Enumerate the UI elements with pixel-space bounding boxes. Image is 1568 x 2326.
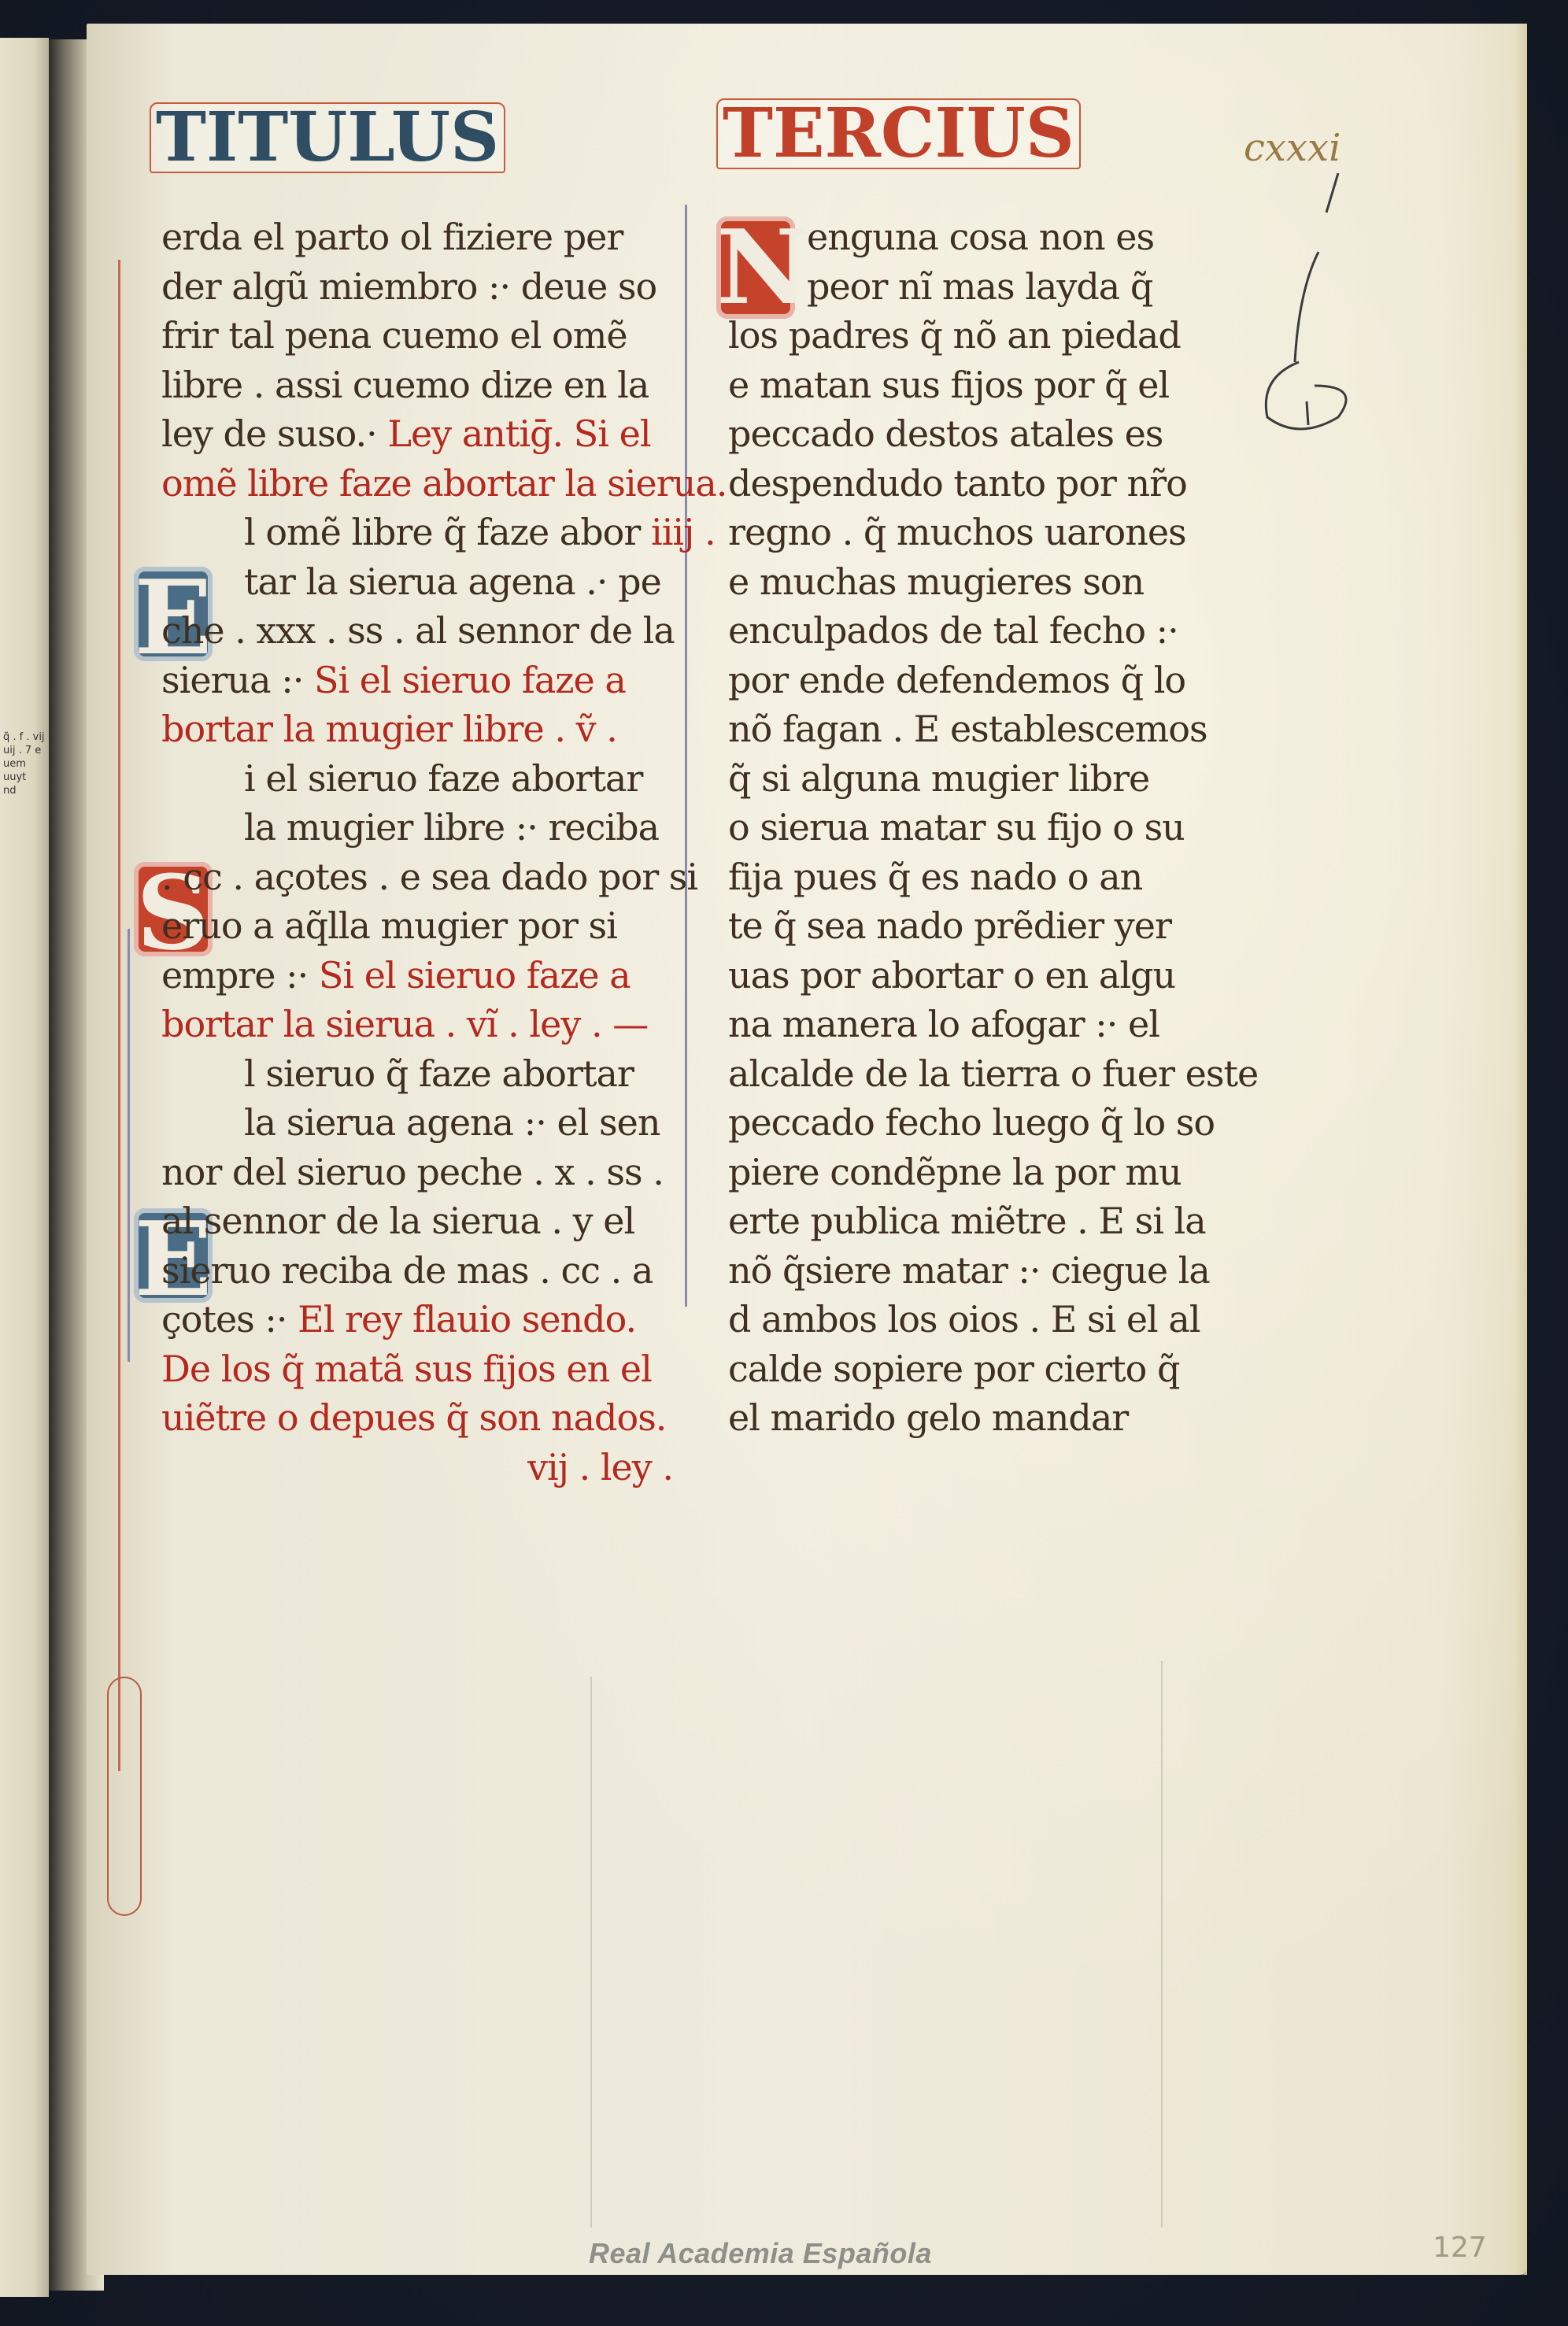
- text-line: çotes :· El rey flauio sendo.: [161, 1295, 697, 1344]
- text-line: peccado destos atales es: [728, 409, 1295, 459]
- page-edge: [1514, 24, 1527, 2275]
- text-line: alcalde de la tierra o fuer este: [728, 1049, 1295, 1099]
- text-line: al sennor de la sierua . y el: [161, 1196, 697, 1246]
- text-ink: l omẽ libre q̃ faze abor: [244, 511, 651, 553]
- text-line: sieruo reciba de mas . cc . a: [161, 1246, 697, 1296]
- text-line: i el sieruo faze abortar: [161, 754, 697, 804]
- text-line: la mugier libre :· reciba: [161, 803, 697, 852]
- rubric-left-text: TITULUS: [150, 102, 505, 173]
- text-ink: ley de suso.·: [161, 412, 387, 455]
- text-line: enguna cosa non es: [728, 213, 1295, 262]
- rubric-line: De los q̃ matã sus fijos en el: [161, 1344, 697, 1394]
- text-line: o sierua matar su fijo o su: [728, 803, 1295, 852]
- rubric-text: El rey flauio sendo.: [298, 1298, 636, 1341]
- left-column: erda el parto ol fiziere per der algũ mi…: [161, 213, 697, 1492]
- column-ruling: [1161, 1661, 1163, 2228]
- rubric-text: Ley antiḡ. Si el: [387, 412, 650, 455]
- text-line: uas por abortar o en algu: [728, 951, 1295, 1000]
- text-line: fija pues q̃ es nado o an: [728, 852, 1295, 902]
- margin-flourish: [118, 260, 120, 1771]
- text-line: d ambos los oios . E si el al: [728, 1295, 1295, 1344]
- rubric-text: iiij .: [651, 511, 716, 553]
- folio-number: 127: [1433, 2232, 1487, 2264]
- margin-note-line: uem uuyt: [3, 757, 49, 784]
- text-line: frir tal pena cuemo el omẽ: [161, 311, 697, 361]
- manuscript-page: TITULUS TERCIUS cxxxi E S E N erda el pa…: [87, 24, 1527, 2275]
- text-line: los padres q̃ nõ an piedad: [728, 311, 1295, 361]
- column-ruling: [590, 1677, 592, 2228]
- text-line: enculpados de tal fecho :·: [728, 606, 1295, 656]
- text-line: libre . assi cuemo dize en la: [161, 361, 697, 410]
- watermark: Real Academia Española: [589, 2237, 932, 2270]
- rubric-line: bortar la sierua . vĩ . ley . —: [161, 1000, 697, 1049]
- text-line: calde sopiere por cierto q̃: [728, 1344, 1295, 1394]
- text-line: nõ q̃siere matar :· ciegue la: [728, 1246, 1295, 1296]
- text-line: der algũ miembro :· deue so: [161, 262, 697, 312]
- margin-note-line: q̃ . f . vij: [3, 730, 49, 744]
- text-line: peccado fecho luego q̃ lo so: [728, 1098, 1295, 1148]
- rubric-line: uiẽtre o depues q̃ son nados.: [161, 1393, 697, 1443]
- text-line: regno . q̃ muchos uarones: [728, 508, 1295, 557]
- text-line: despendudo tanto por nr̃o: [728, 459, 1295, 508]
- text-line: nõ fagan . E establescemos: [728, 704, 1295, 754]
- text-ink: çotes :·: [161, 1298, 298, 1341]
- rubric-text: Si el sieruo faze a: [314, 659, 626, 701]
- right-column: enguna cosa non es peor nĩ mas layda q̃ …: [728, 213, 1295, 1443]
- text-line: eruo a aq̃lla mugier por si: [161, 901, 697, 951]
- margin-note-line: nd: [3, 784, 49, 797]
- facing-page-margin-note: q̃ . f . vij uij . 7 e uem uuyt nd: [3, 730, 49, 797]
- text-line: piere condẽpne la por mu: [728, 1148, 1295, 1197]
- margin-flourish: [128, 929, 130, 1362]
- text-line: e matan sus fijos por q̃ el: [728, 361, 1295, 410]
- text-line: nor del sieruo peche . x . ss .: [161, 1148, 697, 1197]
- text-line: sierua :· Si el sieruo faze a: [161, 656, 697, 705]
- text-ink: empre :·: [161, 954, 319, 997]
- folio-mark: cxxxi: [1244, 126, 1341, 170]
- text-line: te q̃ sea nado prẽdier yer: [728, 901, 1295, 951]
- text-line: . cc . açotes . e sea dado por si: [161, 852, 697, 902]
- margin-note-line: uij . 7 e: [3, 744, 49, 757]
- text-line: q̃ si alguna mugier libre: [728, 754, 1295, 804]
- text-line: che . xxx . ss . al sennor de la: [161, 606, 697, 656]
- text-line: l omẽ libre q̃ faze abor iiij .: [161, 508, 697, 557]
- rubric-right: TERCIUS: [716, 98, 1081, 169]
- text-line: erte publica miẽtre . E si la: [728, 1196, 1295, 1246]
- flourish-loop: [107, 1677, 142, 1916]
- text-line: erda el parto ol fiziere per: [161, 213, 697, 262]
- text-ink: sierua :·: [161, 659, 314, 701]
- facing-page-edge: q̃ . f . vij uij . 7 e uem uuyt nd: [0, 38, 49, 2297]
- rubric-line: omẽ libre faze abortar la sierua.: [161, 459, 697, 508]
- text-line: tar la sierua agena .· pe: [161, 557, 697, 607]
- text-line: la sierua agena :· el sen: [161, 1098, 697, 1148]
- text-line: na manera lo afogar :· el: [728, 1000, 1295, 1049]
- rubric-line: bortar la mugier libre . ṽ .: [161, 704, 697, 754]
- text-line: ley de suso.· Ley antiḡ. Si el: [161, 409, 697, 459]
- rubric-left: TITULUS: [150, 102, 505, 173]
- rubric-right-text: TERCIUS: [716, 98, 1081, 169]
- law-number: vij . ley .: [161, 1443, 697, 1492]
- text-line: por ende defendemos q̃ lo: [728, 656, 1295, 705]
- text-line: empre :· Si el sieruo faze a: [161, 951, 697, 1000]
- text-line: peor nĩ mas layda q̃: [728, 262, 1295, 312]
- text-line: l sieruo q̃ faze abortar: [161, 1049, 697, 1099]
- text-line: e muchas mugieres son: [728, 557, 1295, 607]
- rubric-text: Si el sieruo faze a: [319, 954, 631, 997]
- text-line: el marido gelo mandar: [728, 1393, 1295, 1443]
